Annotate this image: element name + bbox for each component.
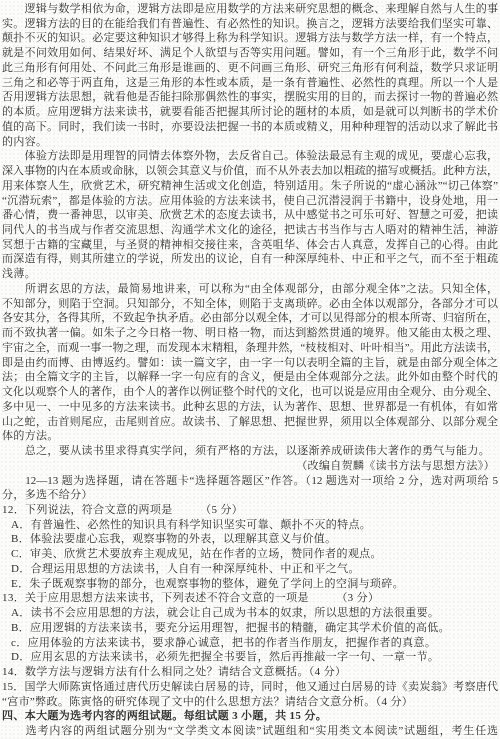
notice-line: 12—13 题为选择题，请在答题卡“选择题答题区”作答。（12 题选对一项给 2… (2, 474, 498, 489)
question-12-option-c: C．审美、欣赏艺术要放弃主观成见，站在作者的立场，赞同作者的观点。 (2, 547, 498, 562)
question-12-option-d: D．合理运用思想的方法读书，人自有一种深厚纯朴、中正和平之气。 (2, 562, 498, 577)
passage-line: 各安其分，各得其所，不致起争执矛盾。必由部分以观全体，才可以见得部分的根本所寄、… (2, 311, 498, 326)
question-13-option-a: A．读书不会应用思想的方法，就会让自己成为书本的奴隶，所以思想的方法很重要。 (2, 606, 498, 621)
passage-line: “沉潜玩索”，都是体验的方法。应用体验的方法来读书，使自己沉潜浸润于书籍中，设身… (2, 194, 498, 209)
exam-page: 逻辑与数学相依为命，逻辑方法即是应用数学的方法来研究思想的概念、来理解自然与人生… (0, 0, 500, 739)
passage-line: 逻辑与数学相依为命，逻辑方法即是应用数学的方法来研究思想的概念、来理解自然与人生… (2, 2, 498, 17)
passage-line: 的内容。 (2, 135, 498, 150)
question-12-stem: 12．下列说法，符合文意的两项是 (2, 504, 173, 516)
passage-line: 法；由全篇文字的主旨，以解释一字一句应有的含义，便是由全体观部分之法。此外如由整… (2, 370, 498, 385)
section-4-intro: 选考内容的两组试题分别为“文学类文本阅读”试题组和“实用类文本阅读”试题组，考生… (2, 724, 498, 739)
passage-line: 颠扑不灭的知识。必定要这种知识才够得上称为科学知识。逻辑方法与数学方法一样，有一… (2, 31, 498, 46)
passage-line: 所谓玄思的方法，最简易地讲来，可以称为“由全体观部分，由部分观全体”之法。只知全… (2, 282, 498, 297)
passage-line: 山之蛇，击首则尾应，击尾则首应。故读书、了解思想、把握世界，须用以全体观部分、以… (2, 415, 498, 430)
passage-line: 体的方法。 (2, 429, 498, 444)
question-13-stem-line: 13．关于应用思想方法来读书，下列表述不符合文意的一项是（3 分） (2, 591, 498, 606)
passage-line: 番心情，费一番神思，以审美、欣赏艺术的态度去读书，从中感觉书之可乐可好、智慧之可… (2, 208, 498, 223)
passage-line: 值的高下。同时，我们读一书时，亦要设法把握一书的本质或精义，用种种理智的活动以求… (2, 120, 498, 135)
passage-line: 就是不问效用如何、结果好坏、满足个人欲望与否等实用问题。譬如，有一个三角形于此，… (2, 46, 498, 61)
question-13-option-b: B．应用逻辑的方法来读书，要充分运用理智，把握书的精髓，确定其学术价值的高低。 (2, 621, 498, 636)
question-13-stem: 13．关于应用思想方法来读书，下列表述不符合文意的一项是 (2, 592, 309, 604)
passage-line: 此三角形有何用处、不问此三角形是谁画的、更不问画三角形、研究三角形有何利益，数学… (2, 61, 498, 76)
passage-line: 总之，要从读书里求得真实学问，须有严格的方法，以逐渐养成研读伟大著作的勇气与能力… (2, 444, 498, 459)
attribution-line: （改编自贺麟《读书方法与思想方法》） (2, 459, 498, 474)
passage-line: 三角之和必等于两直角，这是三角形的本性或本质，是一条有普遍性、必然性的真理。所以… (2, 76, 498, 91)
question-15-line: “宫市”弊政。陈寅恪的研究体现了文中的什么思想方法？请结合文意分析。（4 分） (2, 695, 498, 710)
question-15-line: 15．国学大师陈寅恪通过唐代历史解读白居易的诗，同时，他又通过白居易的诗《卖炭翁… (2, 680, 498, 695)
passage-line: 多中见一、一中见多的方法来读书。此种玄思的方法，认为著作、思想、世界都是一有机体… (2, 400, 498, 415)
passage-line: 而不致执著一偏。如朱子之今日格一物、明日格一物，而达到豁然贯通的境界。他又能由太… (2, 326, 498, 341)
question-12-score: （5 分） (200, 504, 243, 516)
passage-line: 用来体察人生，欣赏艺术，研究精神生活或文化创造，特别适用。朱子所说的“虚心涵泳”… (2, 179, 498, 194)
passage-line: 不知部分，则陷于空洞。只知部分，不知全体，则陷于支离琐碎。必由全体以观部分，各部… (2, 297, 498, 312)
passage-line: 浅薄。 (2, 267, 498, 282)
passage-line: 的本质。应用逻辑方法来读书，就要看能否把握其所讨论的题材的本质，如是就可以判断书… (2, 105, 498, 120)
passage-line: 宇宙之全，而观一事一物之理，而发现本末精粗，条理井然，“枝枝相对、叶叶相当”。用… (2, 341, 498, 356)
question-13-option-c: c．应用体验的方法来读书，要求静心诚意，把书的作者当作朋友，把握作者的真意。 (2, 636, 498, 651)
passage-line: 冥想于古籍的宝藏里，与圣贤的精神相交接往来，含英咀华、体会古人真意，发挥自己的心… (2, 238, 498, 253)
passage-line: 而深造有得，则其所建立的学说，所发出的议论，自有一种深厚纯朴、中正和平之气，而不… (2, 252, 498, 267)
notice-line: 分，多选不给分） (2, 488, 498, 503)
passage-line: 深入事物的内在本质或命脉，以领会其意义与价值，而不从外表去加以粗疏的描写或概括。… (2, 164, 498, 179)
passage-line: 文化以观察个人的著作，由个人的著作以例证整个时代的文化，也可以说是应用由全观分、… (2, 385, 498, 400)
question-13-score: （3 分） (336, 592, 379, 604)
question-12-option-a: A．有普遍性、必然性的知识具有科学知识坚实可靠、颠扑不灭的特点。 (2, 518, 498, 533)
passage-line: 同代人的书当成与作者交流思想、沟通学术文化的途径，把读古书当作与古人晤对的精神生… (2, 223, 498, 238)
passage-line: 实。逻辑方法的目的在能给我们有普遍性、有必然性的知识。换言之，逻辑方法要给我们坚… (2, 17, 498, 32)
question-13-option-d: D．应用玄思的方法来读书，必须先把握全书要旨，然后再推敲一字一句、一章一节。 (2, 650, 498, 665)
question-12-option-e: E．朱子既观察事物的部分，也观察事物的整体，避免了学问上的空洞与琐碎。 (2, 577, 498, 592)
question-12-stem-line: 12．下列说法，符合文意的两项是（5 分） (2, 503, 498, 518)
passage-line: 即是由约而博、由博返约。譬如：读一篇文字，由一字一句以表明全篇的主旨，就是由部分… (2, 356, 498, 371)
passage-line: 体验方法即是用理智的同情去体察外物，去反省自己。体验法最忌有主观的成见，要虚心忘… (2, 149, 498, 164)
passage-line: 否用逻辑方法思想，就看他是否能扫除那偶然性的事实，摆脱实用的目的，而去探讨一物的… (2, 90, 498, 105)
question-12-option-b: B．体验法要虚心忘我，观察事物的外表，以理解其意义与价值。 (2, 532, 498, 547)
section-4-header: 四、本大题为选考内容的两组试题。每组试题 3 小题，共 15 分。 (2, 709, 498, 724)
question-14-line: 14．数学方法与逻辑方法有什么相同之处？请结合文意概括。（4 分） (2, 665, 498, 680)
